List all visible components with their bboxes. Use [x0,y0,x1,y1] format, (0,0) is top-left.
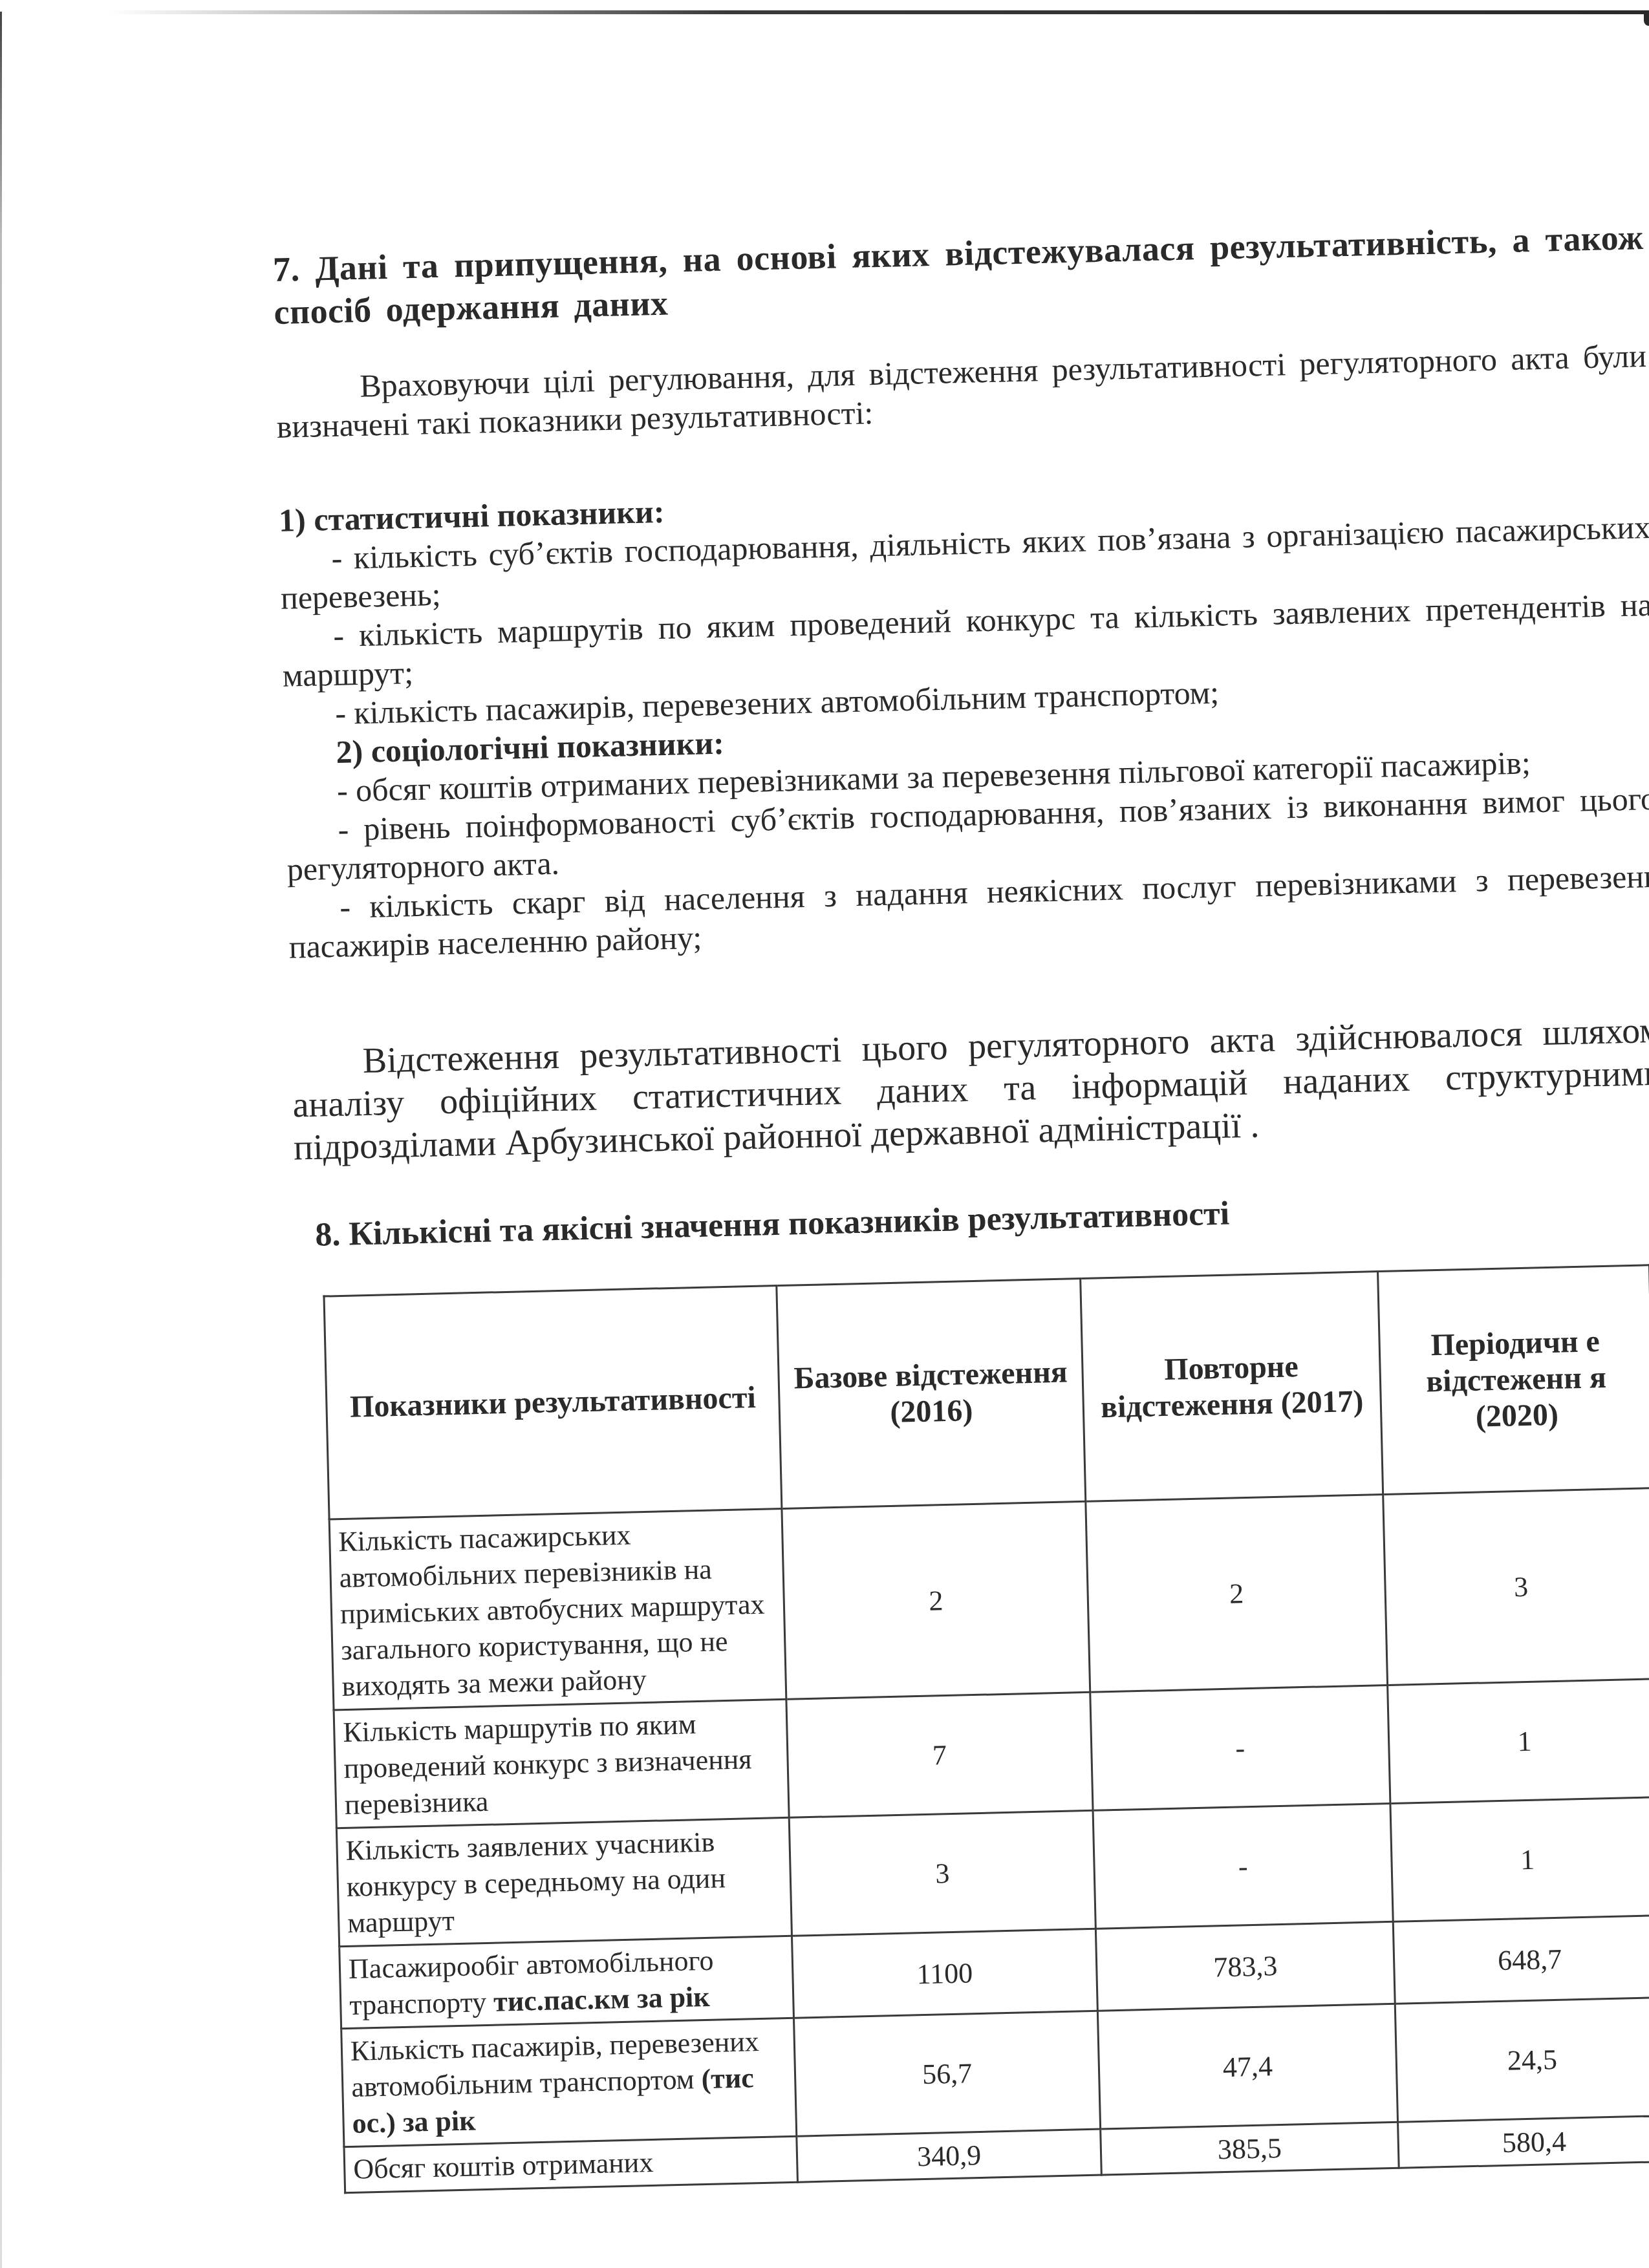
cell-value: 56,7 [793,2011,1100,2136]
cell-value: 1 [1388,1679,1649,1804]
cell-value: 2 [782,1501,1090,1699]
cell-value: 385,5 [1101,2122,1399,2175]
cell-value: 3 [1383,1488,1649,1685]
cell-value: 340,9 [797,2129,1102,2182]
column-header-repeat-2017: Повторне відстеження (2017) [1081,1272,1383,1502]
cell-value: 7 [786,1692,1093,1817]
cell-value: 648,7 [1393,1915,1649,2004]
section-8-heading: 8. Кількісні та якісні значення показник… [314,1182,1649,1257]
document-page: 7. Дані та припущення, на основі яких ві… [272,181,1649,2194]
table-header-row: Показники результативності Базове відсте… [324,1265,1649,1519]
cell-value: 47,4 [1097,2004,1397,2129]
cell-value: 783,3 [1095,1921,1395,2011]
cell-value: 1 [1390,1797,1649,1922]
cell-value: 580,4 [1398,2115,1649,2168]
row-label: Пасажирообіг автомобільного транспорту т… [339,1936,794,2028]
row-label: Кількість пасажирських автомобільних пер… [329,1508,786,1709]
scan-edge-right [1644,12,1649,26]
column-header-periodic-2020: Періодичн е відстеженн я (2020) [1378,1265,1649,1495]
row-label: Кількість маршрутів по яким проведений к… [334,1699,789,1828]
section-7-conclusion: Відстеження результативності цього регул… [291,1009,1649,1170]
scan-edge-left [0,12,2,2268]
cell-value: 3 [789,1810,1095,1936]
cell-value: 2 [1086,1495,1388,1693]
section-7-heading: 7. Дані та припущення, на основі яких ві… [272,216,1645,334]
cell-value: - [1090,1685,1390,1810]
column-header-base-2016: Базове відстеження (2016) [777,1278,1086,1508]
table-row: Кількість пасажирських автомобільних пер… [329,1488,1649,1710]
row-label: Кількість заявлених учасників конкурсу в… [336,1817,792,1946]
scan-edge-top [110,10,1649,14]
cell-value: 1100 [792,1929,1097,2018]
cell-value: 24,5 [1395,1997,1649,2122]
cell-value: - [1093,1803,1393,1929]
row-label: Кількість пасажирів, перевезених автомоб… [341,2018,797,2146]
column-header-indicators: Показники результативності [324,1286,782,1519]
performance-indicators-table: Показники результативності Базове відсте… [323,1264,1649,2194]
row-label: Обсяг коштів отриманих [344,2136,797,2192]
